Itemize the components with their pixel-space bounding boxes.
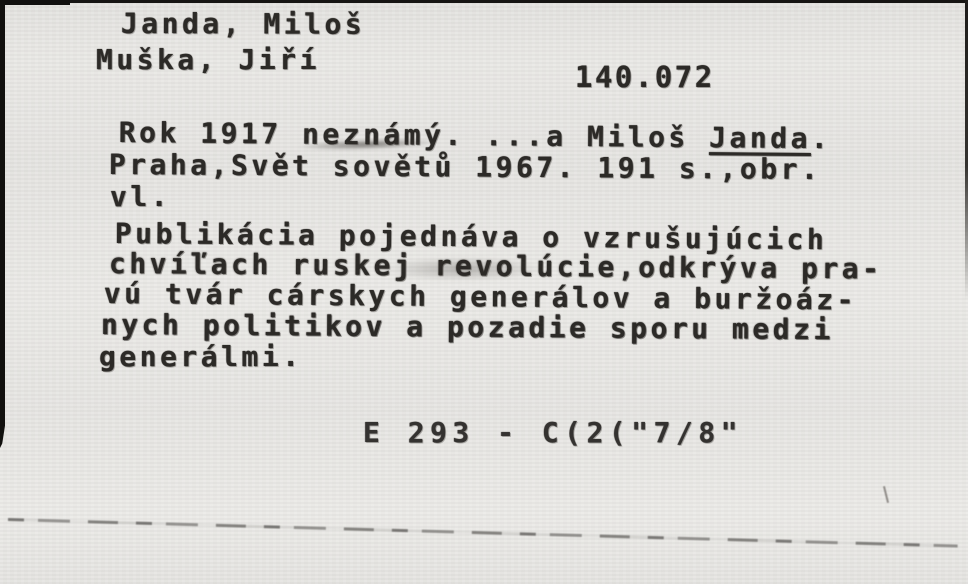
imprint-continuation: vl. (110, 182, 171, 212)
call-number: E 293 - C(2("7/8" (363, 418, 743, 448)
title-end-punctuation: . (811, 122, 832, 155)
card-bottom-crease (8, 518, 958, 548)
scan-edge-left (0, 0, 5, 448)
author-line-primary: Janda, Miloš (121, 9, 365, 40)
imprint-line: Praha,Svět sovětů 1967. 191 s.,obr. (109, 150, 822, 185)
ink-smudge (382, 257, 542, 281)
annotation-line: generálmi. (99, 342, 303, 372)
scan-edge-top (0, 0, 968, 3)
catalog-card-scan: Janda, Miloš Muška, Jiří 140.072 Rok 191… (0, 0, 968, 584)
accession-number: 140.072 (575, 62, 715, 92)
title-author-underlined: Janda (709, 121, 811, 155)
scan-scratch (883, 486, 889, 503)
scan-edge-top-corner (0, 0, 70, 5)
author-line-secondary: Muška, Jiří (96, 45, 320, 75)
